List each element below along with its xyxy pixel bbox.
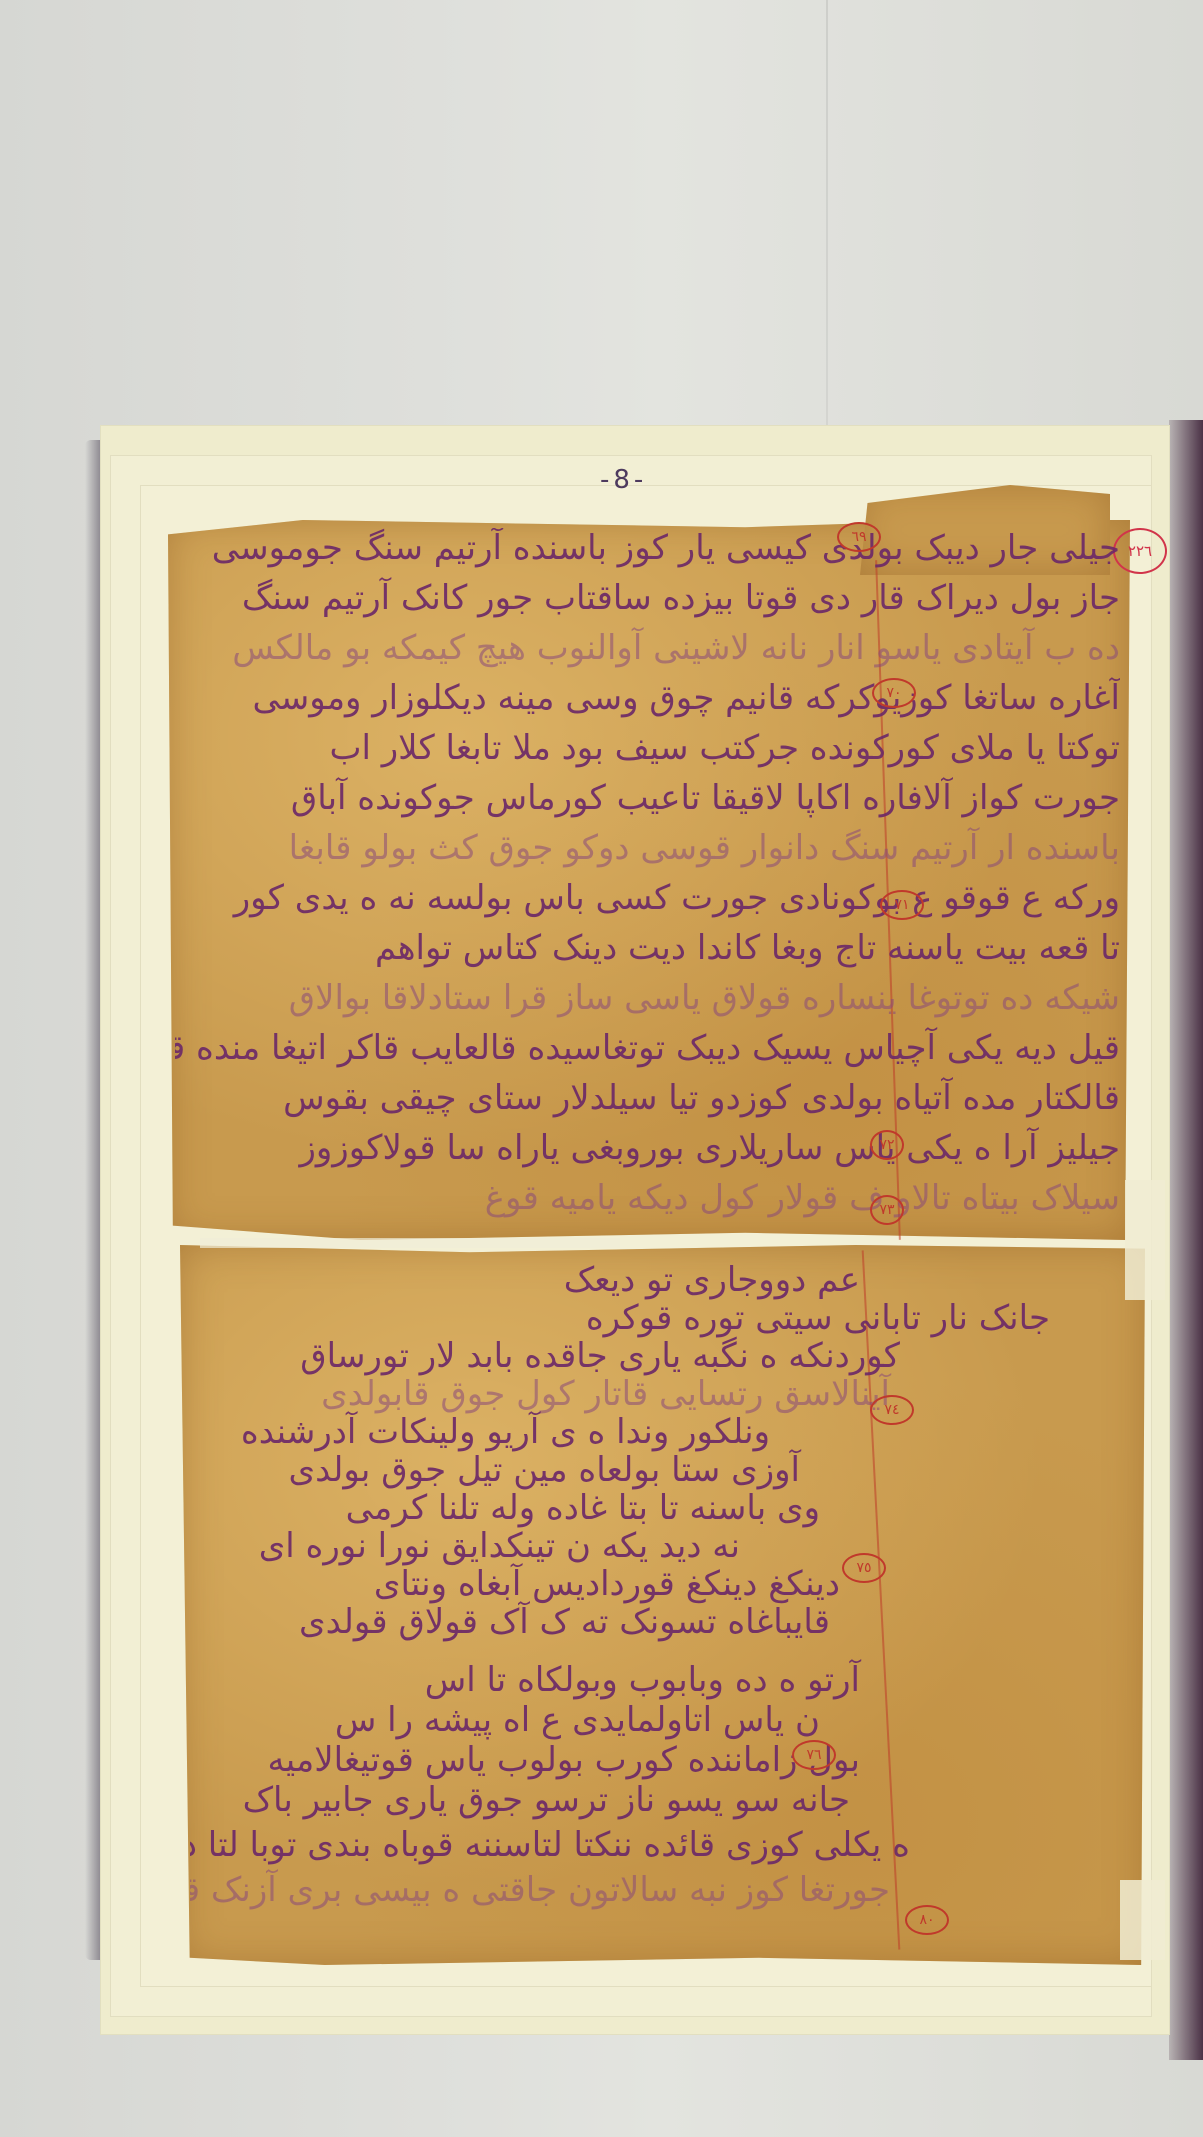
text-line: تا قعه بیت یاسنه تاج وبغا کاندا دیت دینک… (375, 928, 1120, 968)
text-line: ه یکلی کوزی قائده ننکتا لتاسننه قوباه بن… (190, 1825, 910, 1865)
verse-number-mark: ٧٦ (792, 1740, 836, 1770)
verse-number-mark: ٦٩ (837, 522, 881, 552)
page-number: -8- (600, 465, 647, 495)
text-line: آوزی ستا بولعاه مین تیل جوق بولدی (289, 1450, 800, 1490)
background-fold-line (826, 0, 828, 440)
text-line: قایباغاه تسونک ته ک آک قولاق قولدی (299, 1602, 830, 1642)
upper-text-block: جیلی جار دیبک بولدی کیسی یار کوز باسنده … (175, 528, 1120, 1228)
text-line: عم دووجاری تو دیعک (564, 1260, 860, 1300)
text-line: ن یاس اتاولمایدی ع اه پیشه را س (335, 1700, 820, 1740)
text-line: کوردنکه ه نگبه یاری جاقده بابد لار تورسا… (300, 1336, 900, 1376)
text-line: نه دید یکه ن تینکدایق نورا نوره ای (259, 1526, 740, 1566)
folio-stamp: ٢٢٦ (1113, 528, 1167, 574)
text-line: آینالاسق رتسایی قاتار کول جوق قابولدی (321, 1374, 890, 1414)
verse-number-mark: ٧١ (880, 890, 924, 920)
verse-number-mark: ٧٤ (870, 1395, 914, 1425)
verse-number-mark: ٧٠ (872, 678, 916, 708)
text-line: باسنده ار آرتیم سنگ دانوار قوسی دوکو جوق… (289, 828, 1120, 868)
verse-number-mark: ٧٢ (870, 1130, 904, 1160)
text-line: قیل دیه یکی آچیاس یسیک دیبک توتغاسیده قا… (175, 1028, 1120, 1068)
verse-number-mark: ٧٥ (842, 1553, 886, 1583)
mount-shadow-right (1169, 420, 1203, 2060)
text-line: آغاره ساتغا کوزیوکرکه قانیم چوق وسی مینه… (252, 678, 1120, 718)
text-line: جورتغا کوز نبه سالاتون جاقتی ه بیسی بری … (190, 1870, 890, 1910)
text-line: جورت کواز آلافاره اکاپا لاقیقا تاعیب کور… (291, 778, 1120, 818)
verse-number-mark: ٧٣ (870, 1195, 904, 1225)
text-line: توکتا یا ملای کورکونده جرکتب سیف بود ملا… (330, 728, 1121, 768)
text-line: جانک نار تابانی سیتی توره قوکره (586, 1298, 1050, 1338)
text-line: سیلاک بیتاه تالاو ف قولار کول دیکه یامیه… (485, 1178, 1120, 1218)
text-line: جیلی جار دیبک بولدی کیسی یار کوز باسنده … (212, 528, 1120, 568)
text-line: جیلیز آرا ه یکی یاس ساریلاری بوروبغی یار… (299, 1128, 1120, 1168)
text-line: جاز بول دیراک قار دی قوتا بیزده ساقتاب ج… (242, 578, 1120, 618)
text-line: دینکغ دینکغ قوردادیس آبغاه ونتای (374, 1564, 840, 1604)
lower-text-block: عم دووجاری تو دیعک جانک نار تابانی سیتی … (190, 1260, 1130, 1950)
verse-number-mark: ٨٠ (905, 1905, 949, 1935)
text-line: ورکه ع قوقو ع بوکونادی جورت کسی باس بولس… (234, 878, 1120, 918)
text-line: ونلکور وندا ه ی آریو ولینکات آدرشنده (241, 1412, 770, 1452)
text-line: وی باسنه تا بتا غاده وله تلنا کرمی (346, 1488, 820, 1528)
text-line: بول زاماننده کورب بولوب یاس قوتیغالامیه (268, 1740, 860, 1780)
text-line: جانه سو یسو ناز ترسو جوق یاری جابیر باک (243, 1780, 850, 1820)
tear-gap (200, 1238, 620, 1248)
text-line: آرتو ه ده وبابوب وبولکاه تا اس (425, 1660, 860, 1700)
repair-tape (1125, 1180, 1165, 1300)
text-line: ده ب آیتادی یاسو انار نانه لاشینی آوالنو… (232, 628, 1120, 668)
text-line: قالکتار مده آتیاه بولدی کوزدو تیا سیلدلا… (283, 1078, 1120, 1118)
text-line: شیکه ده توتوغا ینساره قولاق یاسی ساز قرا… (289, 978, 1120, 1018)
